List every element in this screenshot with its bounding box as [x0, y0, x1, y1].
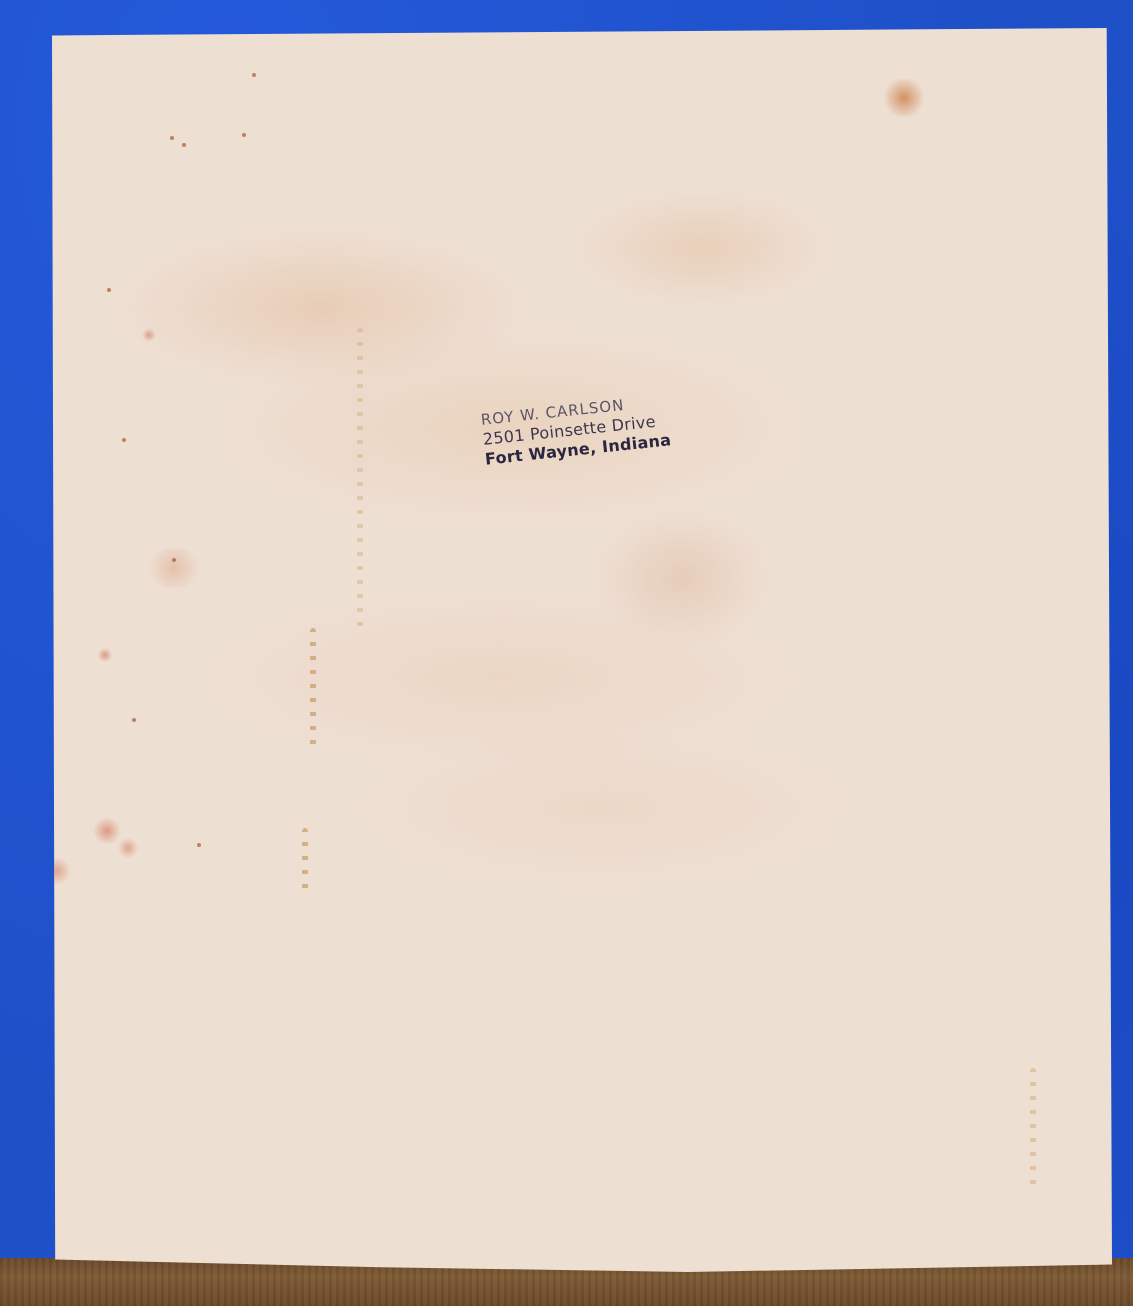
water-stain	[202, 588, 802, 768]
foxing-dot	[242, 133, 246, 137]
foxing-spot	[142, 328, 156, 342]
foxing-spot	[117, 838, 139, 858]
rust-streak	[310, 628, 316, 748]
foxing-spot	[882, 78, 926, 118]
foxing-spot	[52, 858, 72, 884]
photo-back-paper: ROY W. CARLSON 2501 Poinsette Drive Fort…	[52, 28, 1112, 1272]
rust-streak	[302, 828, 308, 898]
rust-streak	[357, 328, 363, 628]
water-stain	[112, 228, 532, 388]
address-stamp: ROY W. CARLSON 2501 Poinsette Drive Fort…	[480, 391, 672, 469]
foxing-spot	[92, 818, 122, 844]
foxing-dot	[252, 73, 256, 77]
foxing-dot	[182, 143, 186, 147]
foxing-dot	[107, 288, 111, 292]
foxing-spot	[144, 548, 204, 588]
foxing-spot	[97, 648, 113, 662]
water-stain	[572, 188, 832, 308]
foxing-dot	[197, 843, 201, 847]
rust-streak	[1030, 1068, 1036, 1188]
water-stain	[352, 728, 852, 888]
water-stain	[592, 508, 772, 648]
foxing-dot	[172, 558, 176, 562]
foxing-dot	[132, 718, 136, 722]
foxing-dot	[170, 136, 174, 140]
foxing-dot	[122, 438, 126, 442]
